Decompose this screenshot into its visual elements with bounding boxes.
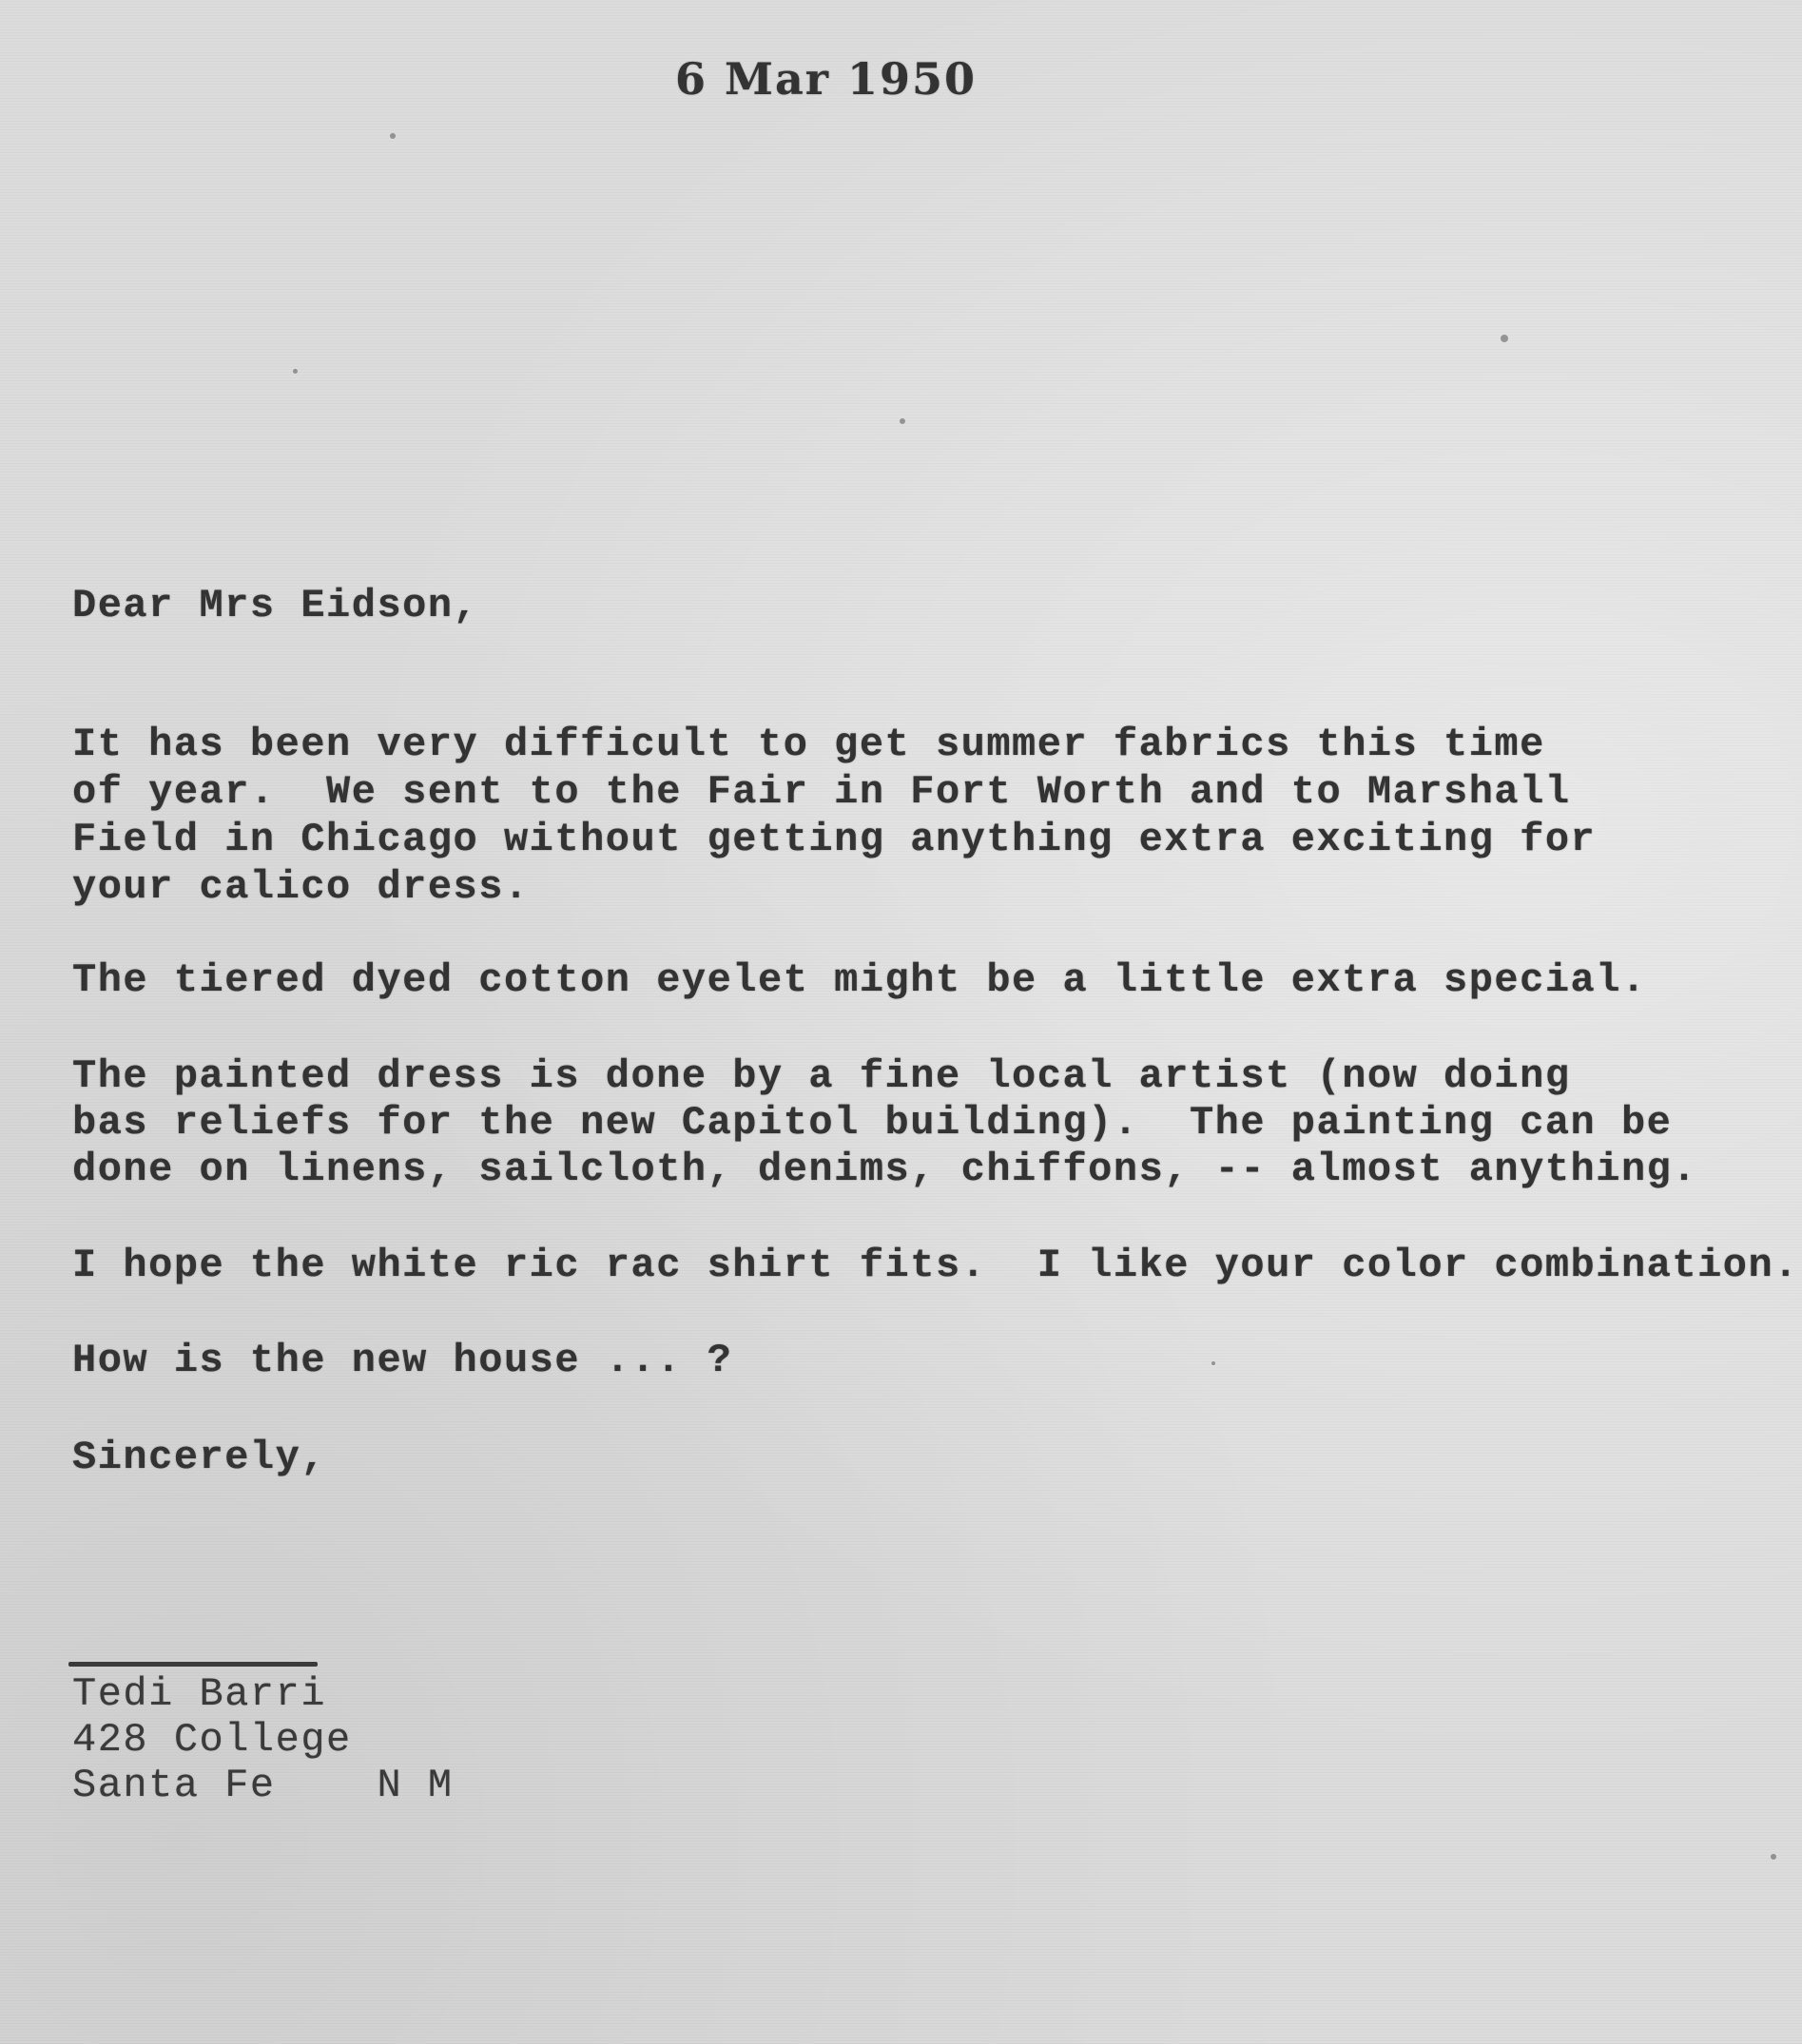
paragraph-eyelet: The tiered dyed cotton eyelet might be a… <box>72 956 1647 1004</box>
paragraph-house: How is the new house ... ? <box>72 1337 732 1384</box>
paragraph-fabrics: It has been very difficult to get summer… <box>72 721 1596 911</box>
signature-block: Tedi Barri 428 College Santa Fe N M <box>72 1671 454 1808</box>
salutation: Dear Mrs Eidson, <box>72 582 478 629</box>
paragraph-shirt: I hope the white ric rac shirt fits. I l… <box>72 1242 1799 1289</box>
paper-speck <box>1501 335 1508 342</box>
paper-speck <box>1771 1854 1776 1860</box>
signer-name: Tedi Barri <box>72 1671 326 1717</box>
paper-speck <box>900 418 905 424</box>
letter-page: 6 Mar 1950 Dear Mrs Eidson, It has been … <box>0 0 1802 2044</box>
address-street: 428 College <box>72 1717 352 1763</box>
paper-speck <box>390 133 396 139</box>
address-city-state: Santa Fe N M <box>72 1763 454 1808</box>
signature-line <box>68 1662 318 1667</box>
paper-speck <box>1211 1361 1215 1365</box>
closing: Sincerely, <box>72 1434 326 1481</box>
letter-date: 6 Mar 1950 <box>675 55 977 103</box>
paragraph-painted-dress: The painted dress is done by a fine loca… <box>72 1053 1697 1193</box>
paper-speck <box>293 369 298 374</box>
